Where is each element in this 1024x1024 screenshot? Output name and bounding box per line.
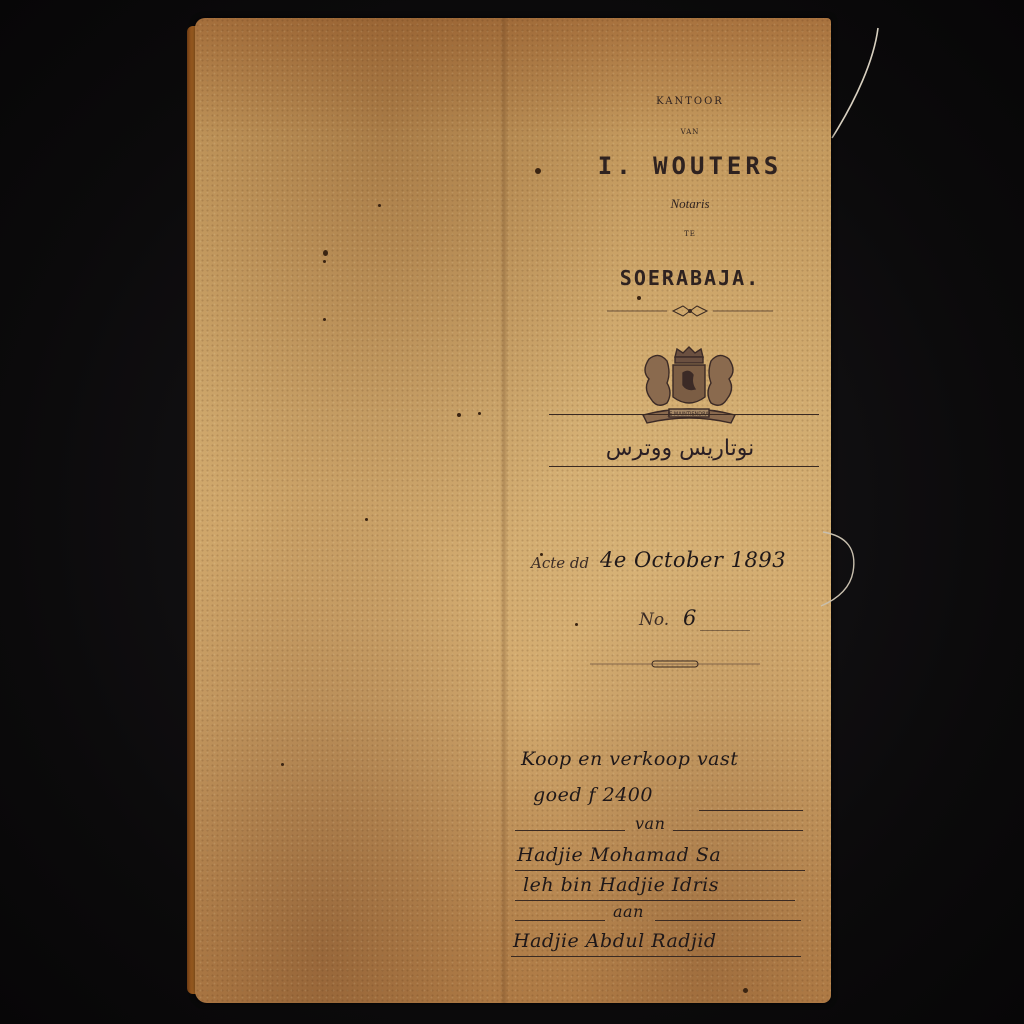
- subject-rule-4: [515, 870, 805, 871]
- binding-thread-loop: [815, 528, 865, 618]
- subject-line-2: goed f 2400: [533, 784, 653, 806]
- binding-thread-top: [826, 20, 886, 140]
- rule-lower: [549, 466, 819, 467]
- deed-date: 4e October 1893: [600, 548, 786, 572]
- city-name: SOERABAJA.: [590, 266, 790, 290]
- cover-fold-crease: [500, 18, 508, 1003]
- jawi-caption: نوتاريس ووترس: [555, 436, 805, 461]
- notary-name: I. WOUTERS: [580, 152, 800, 180]
- subject-rule-6b: [655, 920, 801, 921]
- number-label: No.: [639, 610, 669, 630]
- subject-line-4: Hadjie Mohamad Sa: [517, 844, 721, 866]
- office-label: KANTOOR: [590, 96, 790, 107]
- subject-rule-5: [515, 900, 795, 901]
- subject-line-3: van: [635, 814, 665, 833]
- te-label: TE: [590, 230, 790, 238]
- subject-rule-2: [699, 810, 803, 811]
- subject-rule-6a: [515, 920, 605, 921]
- subject-line-1: Koop en verkoop vast: [521, 748, 738, 770]
- document-cover: KANTOOR VAN I. WOUTERS Notaris TE SOERAB…: [195, 18, 831, 1003]
- ornament-divider-icon: [607, 305, 773, 317]
- subject-line-5: leh bin Hadjie Idris: [523, 874, 719, 896]
- van-label: VAN: [590, 128, 790, 136]
- subject-rule-3b: [673, 830, 803, 831]
- subject-rule-3a: [515, 830, 625, 831]
- deed-number: 6: [683, 606, 697, 630]
- coat-of-arms-icon: JE MAINTIENDRAI: [633, 343, 745, 431]
- notary-title: Notaris: [590, 196, 790, 212]
- number-underline: [700, 630, 750, 631]
- rule-upper: [549, 414, 819, 415]
- acte-label: Acte dd: [531, 554, 589, 572]
- subject-line-6: aan: [613, 902, 644, 921]
- subject-line-7: Hadjie Abdul Radjid: [513, 930, 717, 952]
- small-ornament-divider-icon: [590, 658, 760, 670]
- subject-rule-7: [511, 956, 801, 957]
